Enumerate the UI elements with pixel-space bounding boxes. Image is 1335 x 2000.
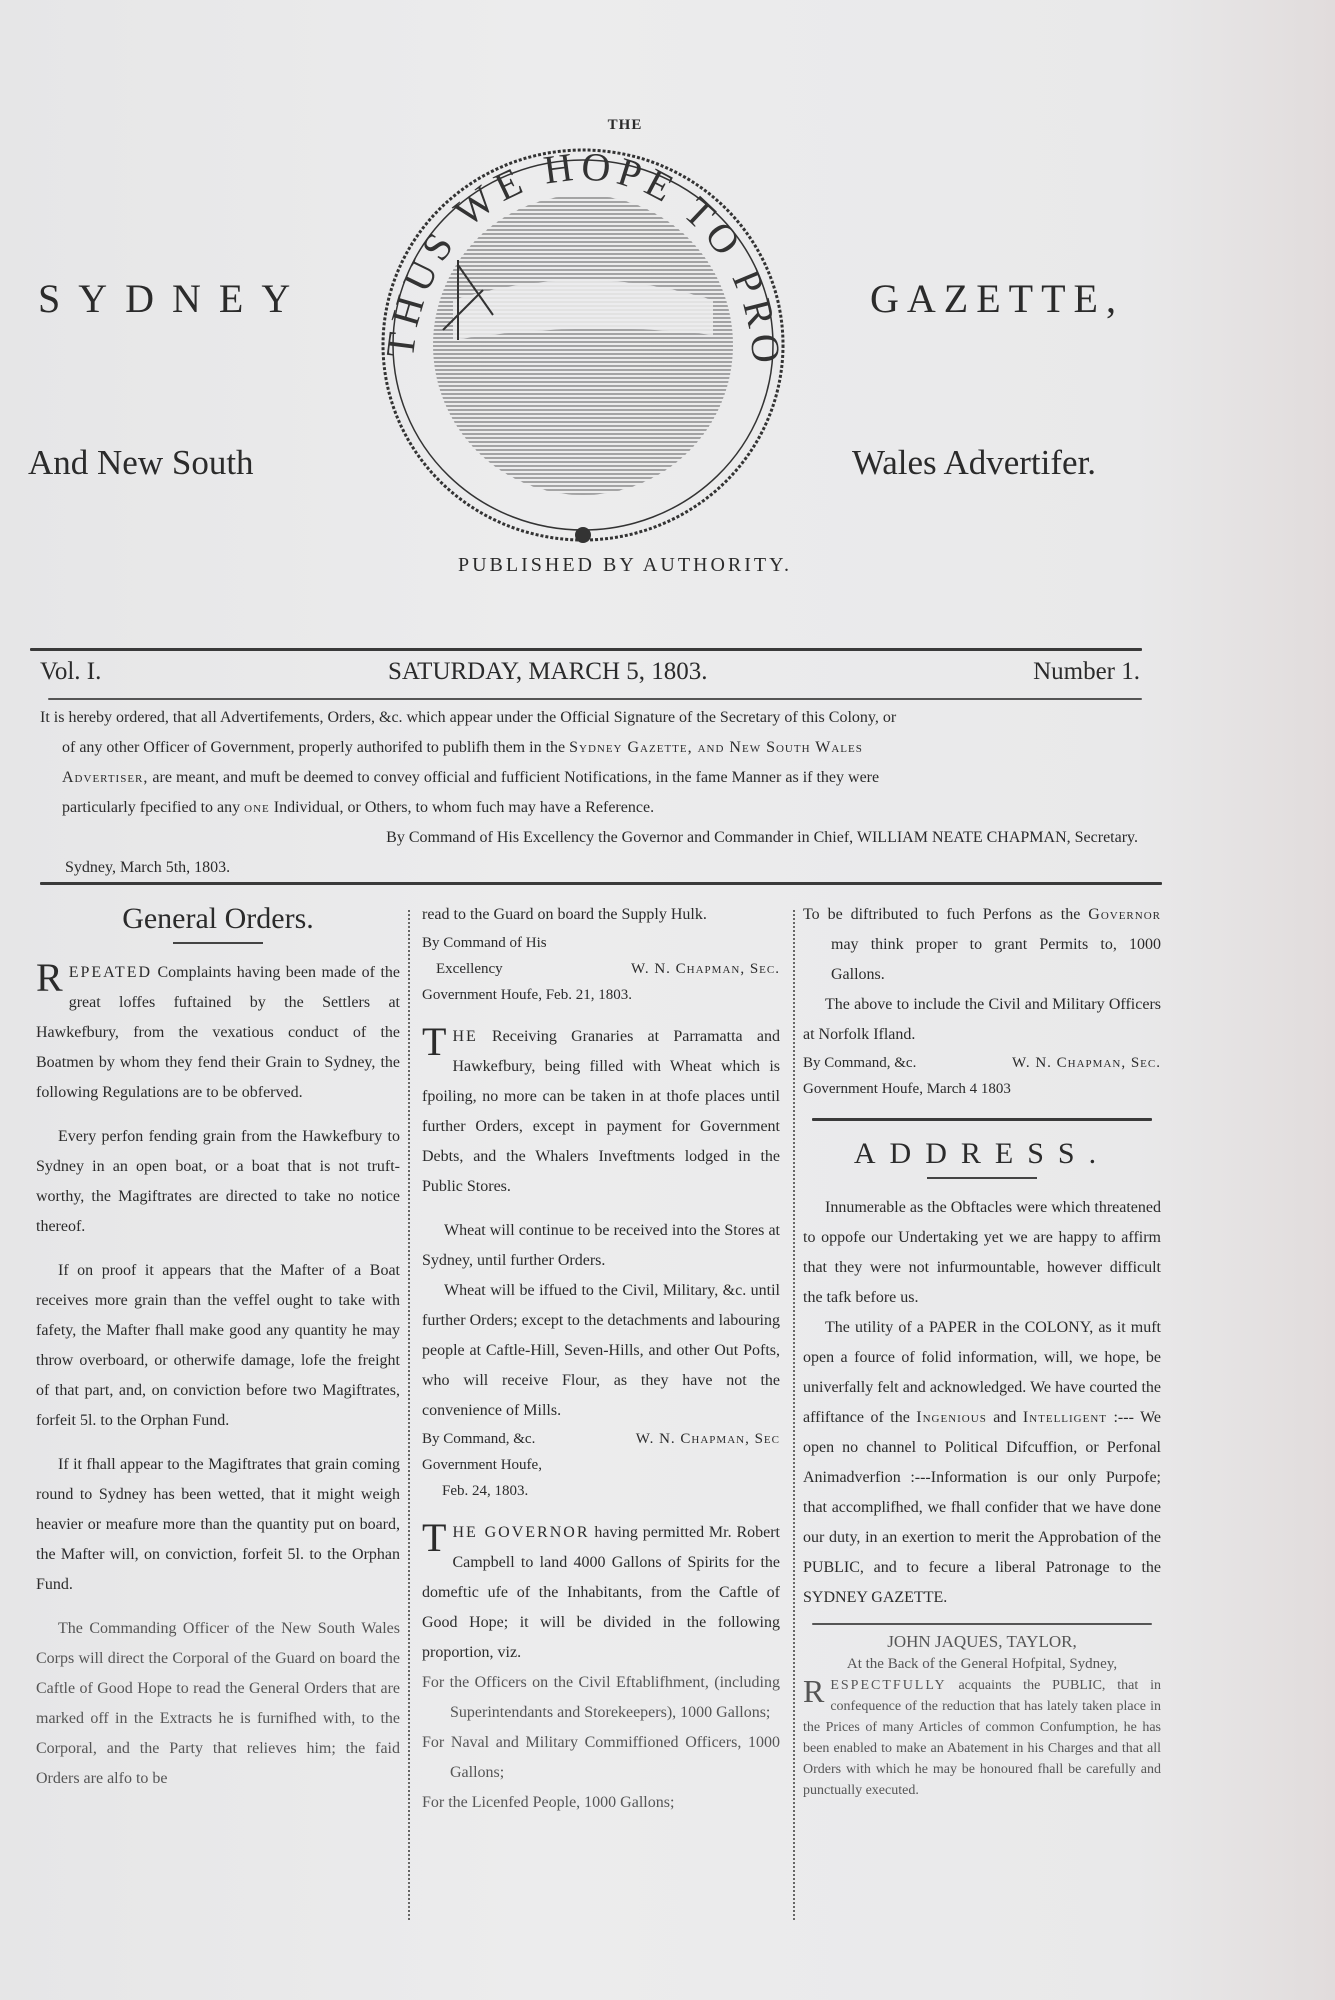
ad-title: JOHN JAQUES, TAYLOR, <box>803 1631 1161 1653</box>
published-by-authority: PUBLISHED BY AUTHORITY. <box>0 554 1250 577</box>
notice-command: By Command of His Excellency the Governo… <box>40 823 1138 853</box>
divider-rule <box>40 882 1162 885</box>
paragraph: THE GOVERNOR having permitted Mr. Robert… <box>422 1518 780 1668</box>
signature-block: By Command of His ExcellencyW. N. Chapma… <box>422 930 780 1008</box>
advertisement-text: RESPECTFULLY acquaints the PUBLIC, that … <box>803 1675 1161 1801</box>
list-item: For the Officers on the Civil Eftablifhm… <box>422 1668 780 1728</box>
list-item: For Naval and Military Commiffioned Offi… <box>422 1728 780 1788</box>
notice-signed: Sydney, March 5th, 1803. <box>40 853 1138 883</box>
heading-rule <box>173 942 263 944</box>
issue-volume: Vol. I. <box>40 658 101 686</box>
paragraph: Wheat will be iffued to the Civil, Milit… <box>422 1276 780 1426</box>
heading-address: ADDRESS. <box>803 1139 1161 1169</box>
notice-line: particularly fpecified to any one Indivi… <box>40 793 1138 823</box>
column-divider <box>793 910 796 1920</box>
column-address: To be diftributed to fuch Perfons as the… <box>803 900 1161 1801</box>
official-notice: It is hereby ordered, that all Advertife… <box>40 703 1138 883</box>
masthead-subtitle-right: Wales Advertifer. <box>852 443 1096 483</box>
column-orders-continued: read to the Guard on board the Supply Hu… <box>422 900 780 1818</box>
paragraph: Every perfon fending grain from the Hawk… <box>36 1122 400 1242</box>
paragraph: To be diftributed to fuch Perfons as the… <box>803 900 1161 990</box>
signature-block: By Command, &c.W. N. Chapman, Sec. Gover… <box>803 1050 1161 1102</box>
seal-emblem-icon: THUS WE HOPE TO PROSPER. <box>333 140 833 550</box>
divider-rule <box>48 698 1142 700</box>
notice-line: of any other Officer of Government, prop… <box>40 733 1138 763</box>
column-divider <box>408 910 411 1920</box>
column-general-orders: General Orders. REPEATED Complaints havi… <box>36 900 400 1794</box>
issue-date: SATURDAY, MARCH 5, 1803. <box>388 658 708 686</box>
notice-line: Advertiser, are meant, and muft be deeme… <box>40 763 1138 793</box>
paragraph: THE Receiving Granaries at Parramatta an… <box>422 1022 780 1202</box>
heading-rule <box>927 1177 1037 1179</box>
divider-rule <box>812 1118 1152 1121</box>
divider-rule <box>812 1623 1152 1625</box>
paragraph: Wheat will continue to be received into … <box>422 1216 780 1276</box>
paragraph: The utility of a PAPER in the COLONY, as… <box>803 1313 1161 1613</box>
heading-general-orders: General Orders. <box>36 904 400 934</box>
paragraph: REPEATED Complaints having been made of … <box>36 958 400 1108</box>
newspaper-page: THE SYDNEY GAZETTE, And New South Wales … <box>0 0 1335 2000</box>
paragraph: If on proof it appears that the Mafter o… <box>36 1256 400 1436</box>
paragraph: Innumerable as the Obftacles were which … <box>803 1193 1161 1313</box>
issue-number: Number 1. <box>1033 658 1140 686</box>
notice-line: It is hereby ordered, that all Advertife… <box>40 703 1138 733</box>
paragraph: The Commanding Officer of the New South … <box>36 1614 400 1794</box>
masthead-title-left: SYDNEY <box>38 275 308 322</box>
ad-address: At the Back of the General Hofpital, Syd… <box>803 1653 1161 1675</box>
list-item: For the Licenfed People, 1000 Gallons; <box>422 1788 780 1818</box>
masthead-title-right: GAZETTE, <box>870 275 1124 322</box>
masthead-subtitle-left: And New South <box>28 443 254 483</box>
paragraph: If it fhall appear to the Magiftrates th… <box>36 1450 400 1600</box>
paragraph: read to the Guard on board the Supply Hu… <box>422 900 780 930</box>
signature-block: By Command, &c.W. N. Chapman, Sec Govern… <box>422 1426 780 1504</box>
masthead-the: THE <box>0 117 1250 134</box>
paragraph: The above to include the Civil and Milit… <box>803 990 1161 1050</box>
divider-rule <box>30 648 1142 651</box>
